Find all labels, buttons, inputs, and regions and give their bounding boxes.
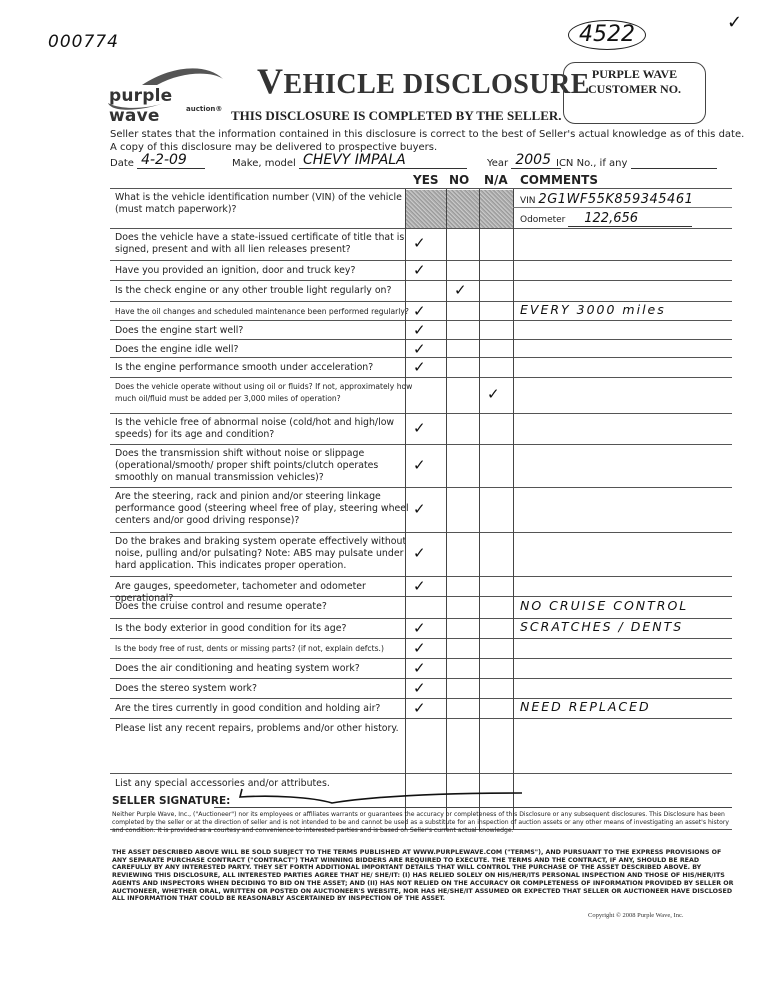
column-divider	[479, 445, 480, 488]
column-divider	[513, 321, 514, 340]
check-mark-icon[interactable]: ✓	[413, 340, 426, 358]
check-mark-icon[interactable]: ✓	[413, 456, 426, 474]
column-divider	[446, 302, 447, 321]
table-row: Does the air conditioning and heating sy…	[110, 659, 732, 679]
check-mark-icon[interactable]: ✓	[487, 385, 500, 403]
seller-signature-field[interactable]: SELLER SIGNATURE:	[112, 795, 732, 809]
table-row: Does the cruise control and resume opera…	[110, 597, 732, 619]
question-text: Does the air conditioning and heating sy…	[115, 663, 415, 675]
column-divider	[479, 639, 480, 659]
column-divider	[405, 597, 406, 619]
column-divider	[405, 358, 406, 378]
column-divider	[479, 358, 480, 378]
question-text: Does the transmission shift without nois…	[115, 448, 415, 484]
column-divider	[405, 639, 406, 659]
column-divider	[405, 261, 406, 281]
year-field[interactable]: Year 2005	[487, 157, 561, 169]
check-mark-icon[interactable]: ✓	[413, 679, 426, 697]
column-divider	[479, 577, 480, 597]
vin-field[interactable]: VIN 2G1WF55K859345461	[520, 192, 693, 207]
table-row: Are the tires currently in good conditio…	[110, 699, 732, 719]
table-row: Does the vehicle operate without using o…	[110, 378, 732, 414]
header-comments: COMMENTS	[520, 173, 598, 187]
odometer-value: 122,656	[584, 211, 638, 226]
column-divider	[479, 679, 480, 699]
column-divider	[479, 597, 480, 619]
column-divider	[479, 659, 480, 679]
column-divider	[446, 597, 447, 619]
question-text: Does the engine start well?	[115, 325, 415, 337]
column-divider	[405, 699, 406, 719]
column-divider	[513, 533, 514, 577]
table-row: Is the body exterior in good condition f…	[110, 619, 732, 639]
signature-line	[214, 807, 732, 808]
table-row: Does the stereo system work?✓	[110, 679, 732, 699]
column-divider	[446, 577, 447, 597]
seller-signature-label: SELLER SIGNATURE:	[112, 795, 230, 807]
comment-text: SCRATCHES / DENTS	[520, 619, 683, 634]
column-divider	[405, 488, 406, 533]
table-header: YES NO N/A COMMENTS	[110, 172, 732, 189]
question-text: Are the tires currently in good conditio…	[115, 703, 415, 715]
column-divider	[446, 321, 447, 340]
make-model-value: CHEVY IMPALA	[303, 152, 406, 168]
column-divider	[446, 679, 447, 699]
column-divider	[479, 488, 480, 533]
check-mark-icon[interactable]: ✓	[413, 699, 426, 717]
comment-text: NO CRUISE CONTROL	[520, 598, 688, 613]
signature-scribble-icon	[232, 787, 532, 805]
column-divider	[405, 414, 406, 445]
table-row: Have the oil changes and scheduled maint…	[110, 302, 732, 321]
column-divider	[405, 619, 406, 639]
column-divider	[446, 358, 447, 378]
column-divider	[446, 340, 447, 358]
table-row: Is the engine performance smooth under a…	[110, 358, 732, 378]
table-row: Are the steering, rack and pinion and/or…	[110, 488, 732, 533]
column-divider	[405, 533, 406, 577]
column-divider	[405, 445, 406, 488]
column-divider	[405, 340, 406, 358]
odometer-field[interactable]: Odometer 122,656	[520, 211, 692, 227]
table-row: What is the vehicle identification numbe…	[110, 189, 732, 229]
vin-value: 2G1WF55K859345461	[538, 192, 693, 207]
purple-wave-logo: purple wave auction®	[102, 63, 227, 113]
shaded-cell	[406, 190, 446, 228]
question-text: Does the engine idle well?	[115, 344, 415, 356]
check-mark-icon[interactable]: ✓	[413, 358, 426, 376]
table-row: Does the transmission shift without nois…	[110, 445, 732, 488]
column-divider	[513, 679, 514, 699]
vehicle-info-fields: Date 4-2-09 Make, model CHEVY IMPALA Yea…	[110, 157, 730, 173]
column-divider	[446, 229, 447, 261]
check-mark-icon[interactable]: ✓	[413, 659, 426, 677]
column-divider	[446, 719, 447, 774]
column-divider	[513, 414, 514, 445]
page-title: VEHICLE DISCLOSURE	[257, 60, 590, 102]
column-divider	[513, 639, 514, 659]
customer-number-circled: 4522	[568, 20, 646, 50]
column-divider	[405, 281, 406, 302]
comment-text: NEED REPLACED	[520, 699, 651, 714]
column-divider	[479, 378, 480, 414]
question-text: Have you provided an ignition, door and …	[115, 265, 415, 277]
check-mark-icon[interactable]: ✓	[413, 302, 426, 320]
column-divider	[513, 340, 514, 358]
check-mark-icon[interactable]: ✓	[413, 619, 426, 637]
column-divider	[446, 445, 447, 488]
table-row: Is the vehicle free of abnormal noise (c…	[110, 414, 732, 445]
column-divider	[513, 261, 514, 281]
column-divider	[405, 719, 406, 774]
column-divider	[479, 321, 480, 340]
question-text: Is the body free of rust, dents or missi…	[115, 643, 415, 655]
table-row: Do the brakes and braking system operate…	[110, 533, 732, 577]
column-divider	[405, 302, 406, 321]
check-mark-icon[interactable]: ✓	[413, 261, 426, 279]
question-text: Please list any recent repairs, problems…	[115, 723, 415, 735]
header-no: NO	[449, 173, 469, 187]
shaded-cell	[447, 190, 479, 228]
year-value: 2005	[515, 152, 551, 168]
column-divider	[446, 619, 447, 639]
table-row: Does the engine idle well?✓	[110, 340, 732, 358]
column-divider	[446, 414, 447, 445]
check-mark-icon[interactable]: ✓	[413, 234, 426, 252]
check-mark-icon[interactable]: ✓	[413, 577, 426, 595]
document-id-annotation: 000774	[48, 32, 119, 52]
column-divider	[513, 229, 514, 261]
table-row: Is the body free of rust, dents or missi…	[110, 639, 732, 659]
intro-text: Seller states that the information conta…	[110, 128, 744, 154]
column-divider	[513, 488, 514, 533]
question-text: Is the check engine or any other trouble…	[115, 285, 415, 297]
question-text: Is the engine performance smooth under a…	[115, 362, 415, 374]
check-mark-icon[interactable]: ✓	[413, 419, 426, 437]
column-divider	[479, 261, 480, 281]
table-row: Is the check engine or any other trouble…	[110, 281, 732, 302]
column-divider	[405, 321, 406, 340]
column-divider	[446, 533, 447, 577]
shaded-cell	[480, 190, 513, 228]
column-divider	[446, 281, 447, 302]
column-divider	[479, 414, 480, 445]
column-divider	[446, 488, 447, 533]
date-value: 4-2-09	[141, 152, 187, 168]
check-mark-icon[interactable]: ✓	[454, 281, 467, 299]
column-divider	[479, 533, 480, 577]
column-divider	[513, 281, 514, 302]
column-divider	[446, 261, 447, 281]
header-yes: YES	[413, 173, 439, 187]
question-text: Are the steering, rack and pinion and/or…	[115, 491, 415, 527]
column-divider	[513, 719, 514, 774]
question-text: Is the vehicle free of abnormal noise (c…	[115, 417, 415, 441]
column-divider	[513, 189, 514, 229]
question-text: Does the vehicle have a state-issued cer…	[115, 232, 415, 256]
page-subtitle: THIS DISCLOSURE IS COMPLETED BY THE SELL…	[231, 108, 562, 124]
table-row: Are gauges, speedometer, tachometer and …	[110, 577, 732, 597]
check-mark-icon[interactable]: ✓	[413, 321, 426, 339]
question-text: Does the cruise control and resume opera…	[115, 601, 415, 613]
column-divider	[405, 577, 406, 597]
column-divider	[513, 378, 514, 414]
terms-text: THE ASSET DESCRIBED ABOVE WILL BE SOLD S…	[112, 849, 734, 903]
question-text: Do the brakes and braking system operate…	[115, 536, 415, 572]
check-mark-icon[interactable]: ✓	[413, 500, 426, 518]
column-divider	[446, 378, 447, 414]
icn-field[interactable]: ICN No., if any	[556, 157, 717, 169]
vin-divider	[513, 207, 732, 208]
column-divider	[479, 340, 480, 358]
column-divider	[479, 619, 480, 639]
make-model-field[interactable]: Make, model CHEVY IMPALA	[232, 157, 467, 169]
check-mark-icon[interactable]: ✓	[413, 639, 426, 657]
check-mark-icon[interactable]: ✓	[413, 544, 426, 562]
column-divider	[405, 378, 406, 414]
question-text: What is the vehicle identification numbe…	[115, 192, 415, 216]
question-text: Is the body exterior in good condition f…	[115, 623, 415, 635]
column-divider	[479, 719, 480, 774]
customer-number-box[interactable]: PURPLE WAVE CUSTOMER NO.	[563, 62, 706, 124]
column-divider	[513, 699, 514, 719]
check-mark-icon: ✓	[727, 12, 742, 33]
column-divider	[446, 699, 447, 719]
table-row: Does the engine start well?✓	[110, 321, 732, 340]
column-divider	[513, 619, 514, 639]
column-divider	[405, 679, 406, 699]
comment-text: EVERY 3000 miles	[520, 302, 666, 317]
disclaimer-text: Neither Purple Wave, Inc., ("Auctioneer"…	[112, 811, 734, 834]
logo-subtext: auction®	[186, 105, 222, 113]
copyright-text: Copyright © 2008 Purple Wave, Inc.	[588, 912, 683, 919]
column-divider	[513, 358, 514, 378]
question-text: Does the stereo system work?	[115, 683, 415, 695]
column-divider	[446, 639, 447, 659]
column-divider	[446, 659, 447, 679]
question-text: Have the oil changes and scheduled maint…	[115, 306, 415, 318]
column-divider	[479, 229, 480, 261]
column-divider	[405, 229, 406, 261]
column-divider	[513, 597, 514, 619]
table-row: Please list any recent repairs, problems…	[110, 719, 732, 774]
date-field[interactable]: Date 4-2-09	[110, 157, 205, 169]
column-divider	[513, 659, 514, 679]
column-divider	[405, 659, 406, 679]
question-text: Does the vehicle operate without using o…	[115, 381, 415, 405]
column-divider	[513, 577, 514, 597]
column-divider	[479, 699, 480, 719]
column-divider	[513, 445, 514, 488]
table-row: Does the vehicle have a state-issued cer…	[110, 229, 732, 261]
column-divider	[479, 302, 480, 321]
header-na: N/A	[484, 173, 508, 187]
column-divider	[479, 281, 480, 302]
table-row: Have you provided an ignition, door and …	[110, 261, 732, 281]
column-divider	[513, 302, 514, 321]
